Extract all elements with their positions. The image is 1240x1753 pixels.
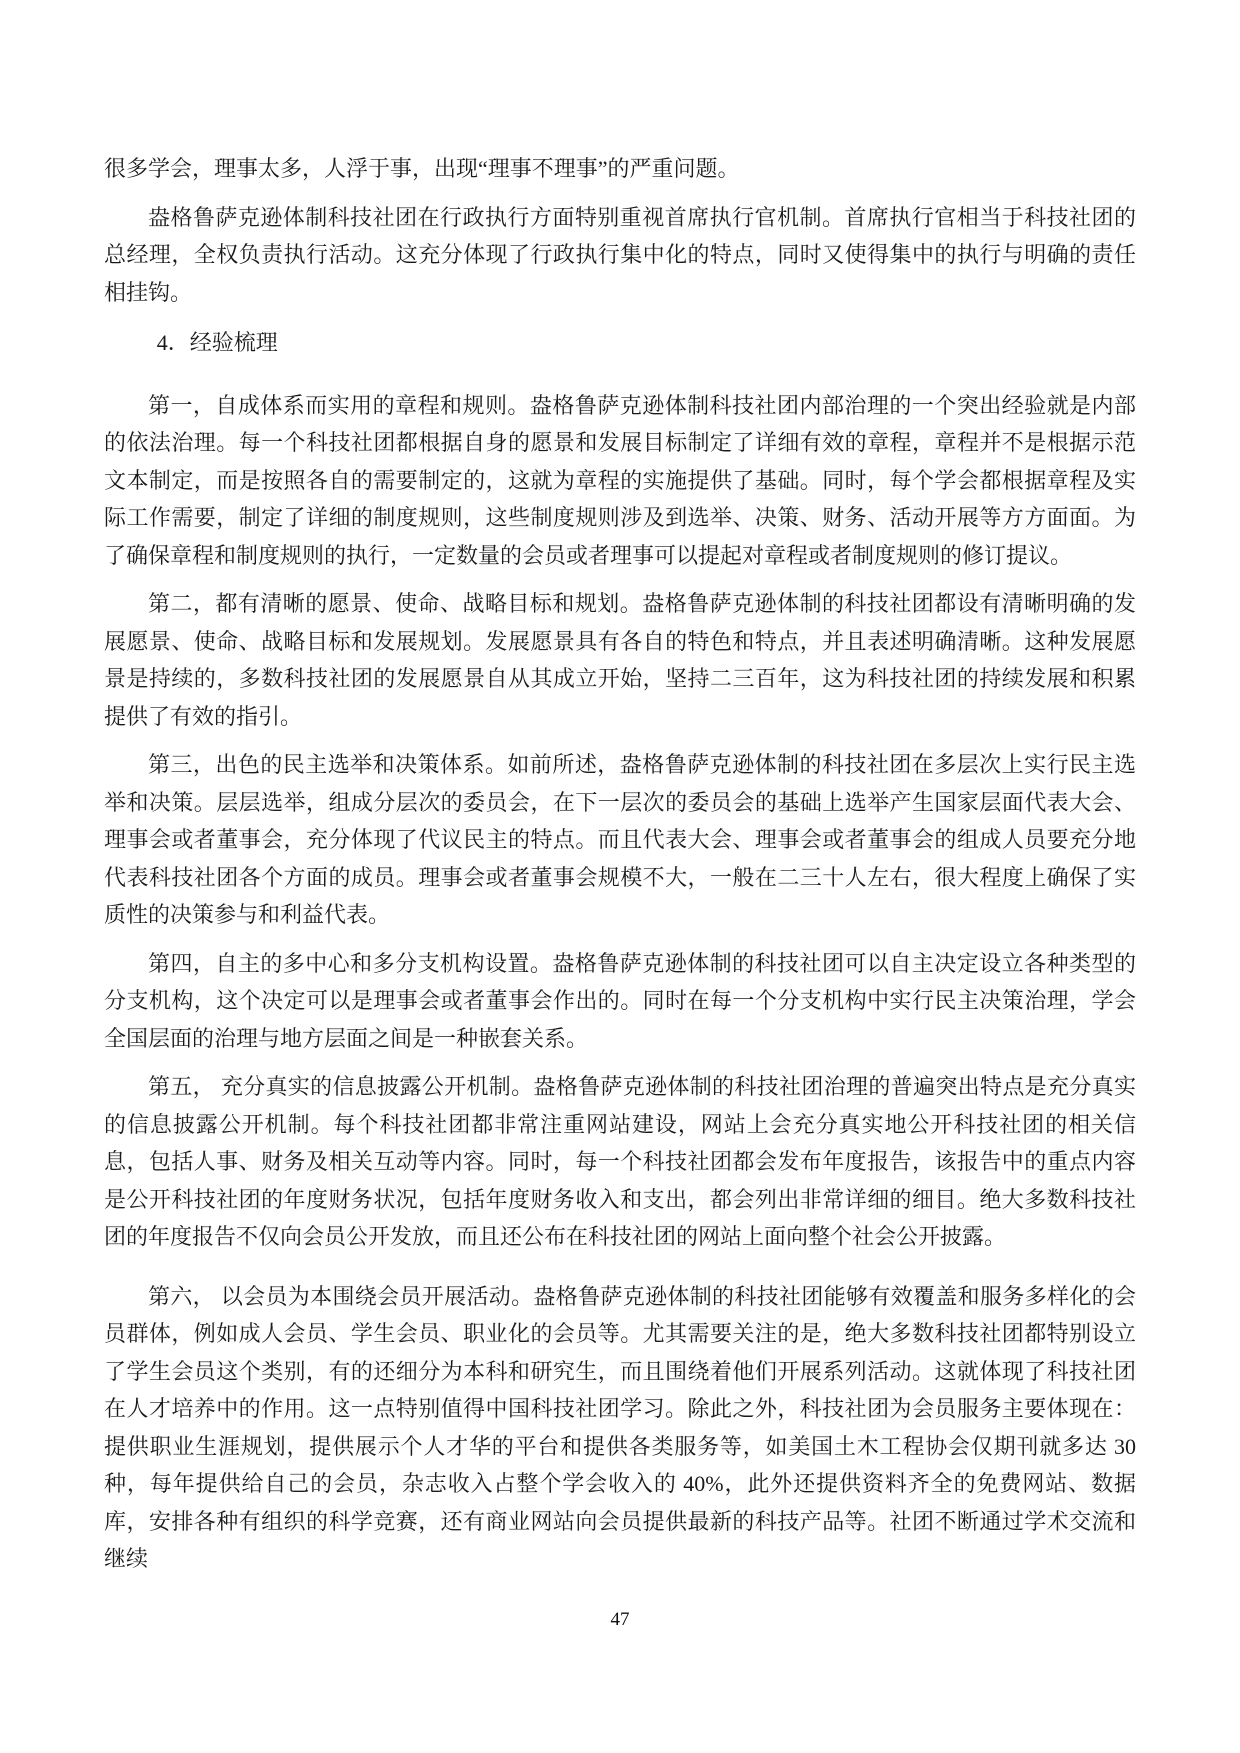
paragraph-continuation: 很多学会，理事太多，人浮于事，出现“理事不理事”的严重问题。: [104, 150, 1136, 188]
paragraph-point-3-elections: 第三，出色的民主选举和决策体系。如前所述，盎格鲁萨克逊体制的科技社团在多层次上实…: [104, 746, 1136, 934]
paragraph-point-1-charters: 第一，自成体系而实用的章程和规则。盎格鲁萨克逊体制科技社团内部治理的一个突出经验…: [104, 387, 1136, 575]
paragraph-point-4-branches: 第四，自主的多中心和多分支机构设置。盎格鲁萨克逊体制的科技社团可以自主决定设立各…: [104, 945, 1136, 1058]
document-page: 很多学会，理事太多，人浮于事，出现“理事不理事”的严重问题。 盎格鲁萨克逊体制科…: [0, 0, 1240, 1753]
paragraph-point-2-vision: 第二，都有清晰的愿景、使命、战略目标和规划。盎格鲁萨克逊体制的科技社团都设有清晰…: [104, 585, 1136, 735]
section-heading-experience-summary: 4．经验梳理: [104, 324, 1136, 362]
paragraph-point-6-members: 第六， 以会员为本围绕会员开展活动。盎格鲁萨克逊体制的科技社团能够有效覆盖和服务…: [104, 1278, 1136, 1578]
paragraph-cxo-mechanism: 盎格鲁萨克逊体制科技社团在行政执行方面特别重视首席执行官机制。首席执行官相当于科…: [104, 199, 1136, 312]
paragraph-point-5-disclosure: 第五， 充分真实的信息披露公开机制。盎格鲁萨克逊体制的科技社团治理的普遍突出特点…: [104, 1068, 1136, 1256]
page-body: 很多学会，理事太多，人浮于事，出现“理事不理事”的严重问题。 盎格鲁萨克逊体制科…: [104, 150, 1136, 1589]
page-number: 47: [0, 1608, 1240, 1632]
